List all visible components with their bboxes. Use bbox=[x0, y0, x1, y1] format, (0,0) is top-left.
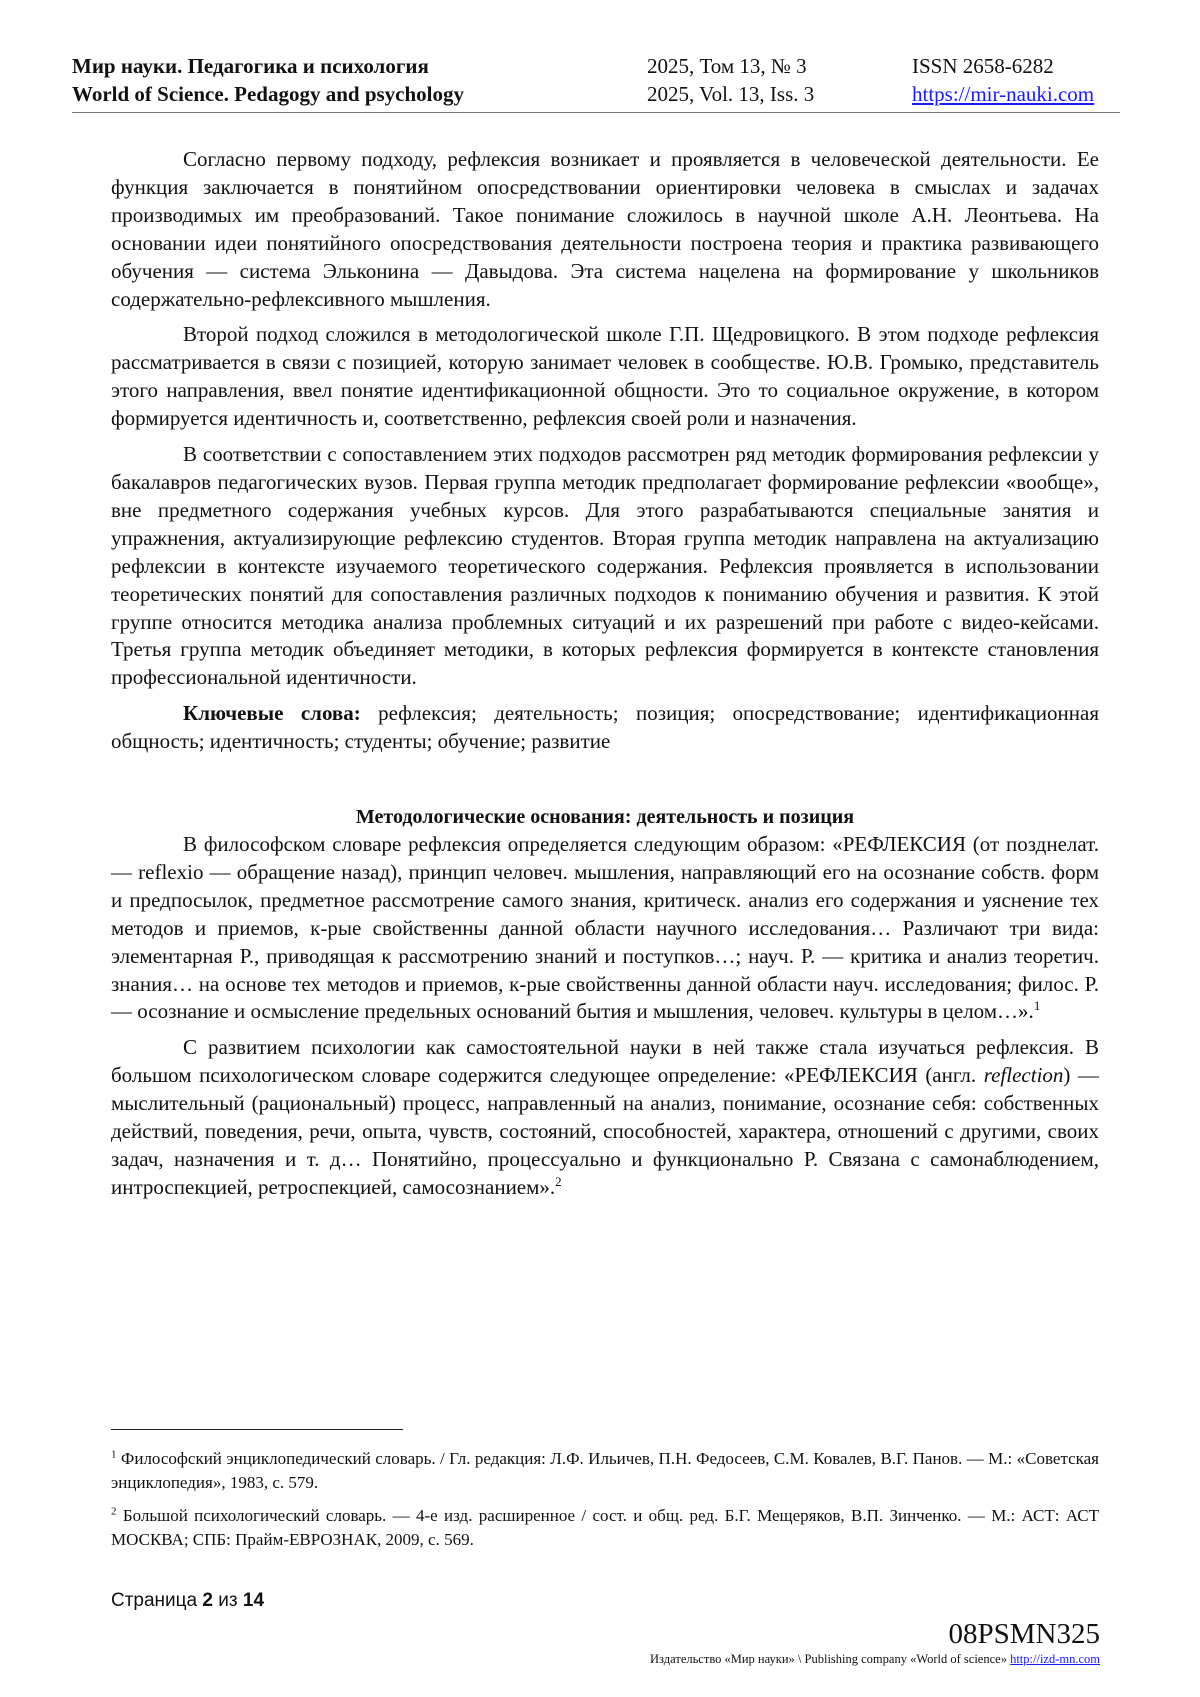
footnote-text: Философский энциклопедический словарь. /… bbox=[111, 1449, 1099, 1492]
paragraph-text: С развитием психологии как самостоятельн… bbox=[111, 1035, 1099, 1087]
page-label: Страница bbox=[111, 1590, 202, 1611]
issn-block: ISSN 2658-6282 https://mir-nauki.com bbox=[912, 52, 1094, 108]
footnote-2: 2 Большой психологический словарь. — 4-е… bbox=[111, 1504, 1099, 1551]
term-reflection: reflection bbox=[984, 1063, 1064, 1087]
paragraph-text: В философском словаре рефлексия определя… bbox=[111, 832, 1099, 1023]
footnote-divider bbox=[111, 1429, 403, 1430]
article-body: Согласно первому подходу, рефлексия возн… bbox=[111, 146, 1099, 1210]
keywords-label: Ключевые слова: bbox=[183, 701, 361, 725]
issue-block: 2025, Том 13, № 3 2025, Vol. 13, Iss. 3 bbox=[647, 52, 814, 108]
page-of: из bbox=[213, 1590, 243, 1611]
publisher-line: Издательство «Мир науки» \ Publishing co… bbox=[650, 1652, 1100, 1667]
publisher-text: Издательство «Мир науки» \ Publishing co… bbox=[650, 1652, 1010, 1666]
article-code: 08PSMN325 bbox=[949, 1618, 1101, 1650]
journal-title-block: Мир науки. Педагогика и психология World… bbox=[72, 52, 464, 108]
keywords: Ключевые слова: рефлексия; деятельность;… bbox=[111, 700, 1099, 756]
page-total: 14 bbox=[243, 1590, 264, 1611]
footnote-ref-2[interactable]: 2 bbox=[555, 1174, 562, 1189]
footnote-text: Большой психологический словарь. — 4-е и… bbox=[111, 1506, 1099, 1549]
paragraph-methods: В соответствии с сопоставлением этих под… bbox=[111, 441, 1099, 692]
section-heading: Методологические основания: деятельность… bbox=[111, 803, 1099, 831]
journal-title-en: World of Science. Pedagogy and psycholog… bbox=[72, 80, 464, 108]
issue-en: 2025, Vol. 13, Iss. 3 bbox=[647, 80, 814, 108]
publisher-url-link[interactable]: http://izd-mn.com bbox=[1010, 1652, 1100, 1666]
page-current: 2 bbox=[202, 1590, 213, 1611]
footnote-1: 1 Философский энциклопедический словарь.… bbox=[111, 1447, 1099, 1494]
paragraph-first-approach: Согласно первому подходу, рефлексия возн… bbox=[111, 146, 1099, 313]
paragraph-philosophical-dictionary: В философском словаре рефлексия определя… bbox=[111, 831, 1099, 1026]
journal-url-link[interactable]: https://mir-nauki.com bbox=[912, 82, 1094, 106]
paragraph-psychological-dictionary: С развитием психологии как самостоятельн… bbox=[111, 1034, 1099, 1201]
page-counter: Страница 2 из 14 bbox=[111, 1590, 264, 1612]
issn: ISSN 2658-6282 bbox=[912, 52, 1094, 80]
journal-title-ru: Мир науки. Педагогика и психология bbox=[72, 52, 464, 80]
journal-header: Мир науки. Педагогика и психология World… bbox=[72, 50, 1120, 113]
issue-ru: 2025, Том 13, № 3 bbox=[647, 52, 814, 80]
footnotes: 1 Философский энциклопедический словарь.… bbox=[111, 1447, 1099, 1561]
footnote-ref-1[interactable]: 1 bbox=[1034, 998, 1041, 1013]
paragraph-second-approach: Второй подход сложился в методологическо… bbox=[111, 321, 1099, 433]
